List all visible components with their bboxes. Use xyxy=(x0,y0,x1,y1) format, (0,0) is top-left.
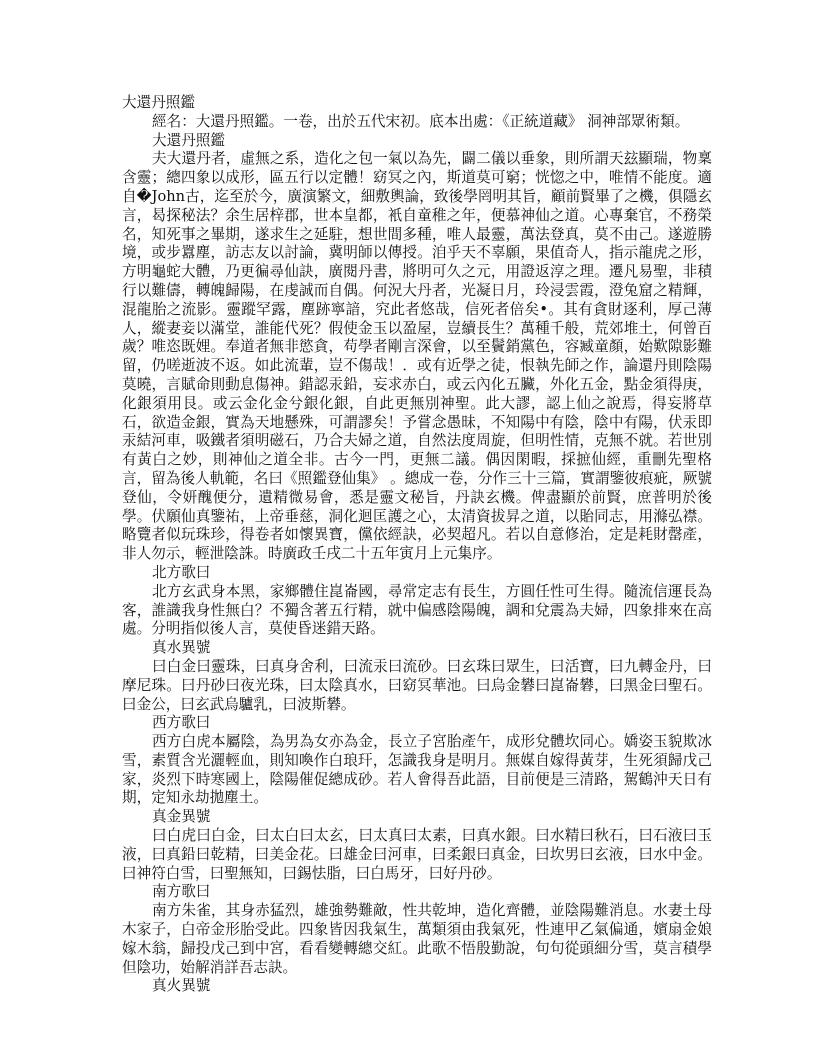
section-heading-west-song: 西方歌曰 xyxy=(122,714,712,733)
section-heading-south-song: 南方歌曰 xyxy=(122,883,712,902)
document-subtitle: 大還丹照鑑 xyxy=(122,132,712,151)
section-heading-north-song: 北方歌曰 xyxy=(122,564,712,583)
section-body-west-song: 西方白虎本屬陰，為男為女亦為金，長立子宮胎產午，成形兌體坎同心。嬌姿玉貌欺冰雪，… xyxy=(122,733,712,808)
document-meta: 經名：大還丹照鑑。一卷，出於五代宋初。底本出處：《正統道藏》 洞神部眾術類。 xyxy=(122,113,712,132)
section-body-true-metal: 曰白虎曰白金，曰太白曰太玄，曰太真曰太素，曰真水銀。曰水精曰秋石，曰石液曰玉液，… xyxy=(122,827,712,883)
document-title: 大還丹照鑑 xyxy=(122,94,712,113)
document-page: 大還丹照鑑 經名：大還丹照鑑。一卷，出於五代宋初。底本出處：《正統道藏》 洞神部… xyxy=(122,94,712,996)
section-heading-true-water: 真水異號 xyxy=(122,639,712,658)
section-heading-true-fire: 真火異號 xyxy=(122,977,712,996)
section-heading-true-metal: 真金異號 xyxy=(122,808,712,827)
preface-paragraph: 夫大還丹者，虛無之系，造化之包一氣以為先，闢二儀以垂象，則所謂天玆顯瑞，物稟含靈… xyxy=(122,150,712,564)
section-body-south-song: 南方朱雀，其身赤猛烈，雄強勢難敵，性共乾坤，造化齊體，並陰陽難消息。水妻土母木家… xyxy=(122,902,712,977)
section-body-north-song: 北方玄武身本黑，家鄉體住崑崙國，尋常定志有長生，方圓任性可生得。隨流信運長為客，… xyxy=(122,583,712,639)
section-body-true-water: 曰白金曰靈珠，曰真身舍利，曰流汞曰流砂。曰玄珠曰眾生，曰活寶，曰九轉金丹，曰摩尼… xyxy=(122,658,712,714)
